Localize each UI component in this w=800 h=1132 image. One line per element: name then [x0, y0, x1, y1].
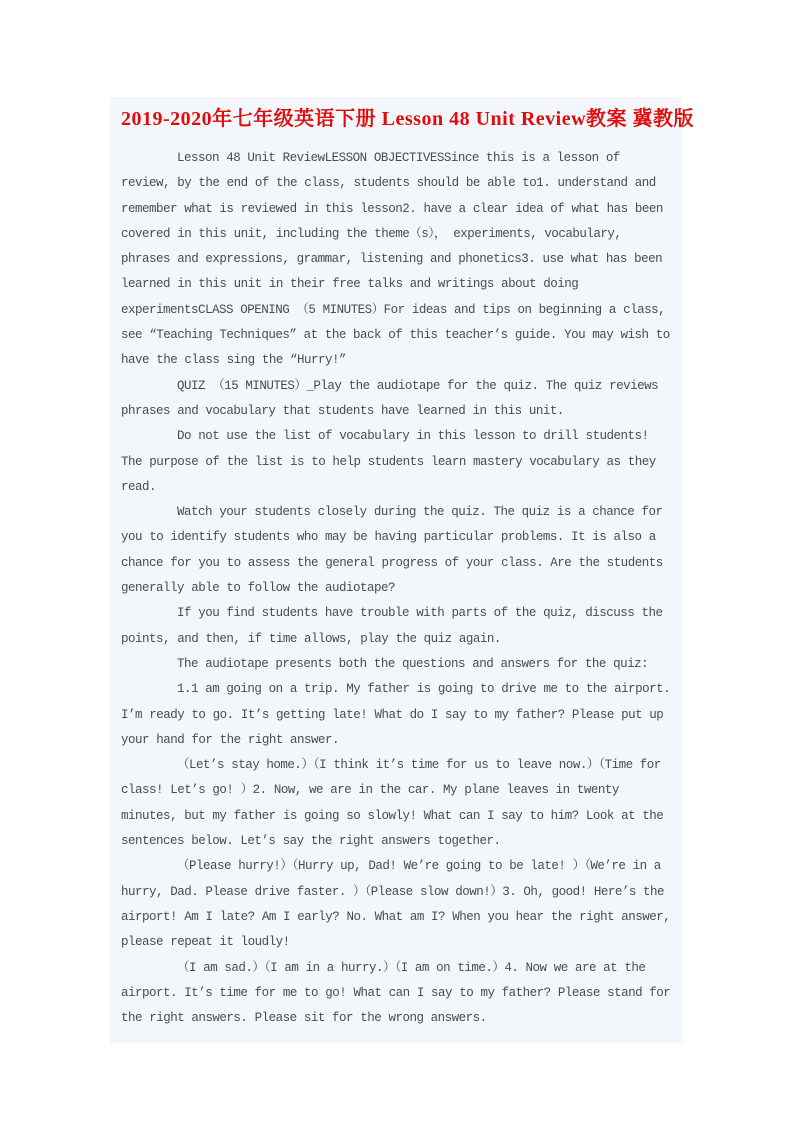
paragraph-7: 1.1 am going on a trip. My father is goi…: [121, 677, 673, 753]
paragraph-4: Watch your students closely during the q…: [121, 500, 673, 601]
paragraph-2: QUIZ （15 MINUTES）_Play the audiotape for…: [121, 374, 673, 425]
document-page: 2019-2020年七年级英语下册 Lesson 48 Unit Review教…: [0, 0, 800, 1132]
paragraph-6: The audiotape presents both the question…: [121, 652, 673, 677]
paragraph-9: （Please hurry!）（Hurry up, Dad! We’re goi…: [121, 854, 673, 955]
paragraph-1: Lesson 48 Unit ReviewLESSON OBJECTIVESSi…: [121, 146, 673, 374]
paragraph-3: Do not use the list of vocabulary in thi…: [121, 424, 673, 500]
paragraph-10: （I am sad.）（I am in a hurry.）（I am on ti…: [121, 956, 673, 1032]
paragraph-5: If you find students have trouble with p…: [121, 601, 673, 652]
document-title: 2019-2020年七年级英语下册 Lesson 48 Unit Review教…: [121, 105, 673, 133]
document-text-block: 2019-2020年七年级英语下册 Lesson 48 Unit Review教…: [110, 97, 682, 1043]
paragraph-8: （Let’s stay home.）（I think it’s time for…: [121, 753, 673, 854]
